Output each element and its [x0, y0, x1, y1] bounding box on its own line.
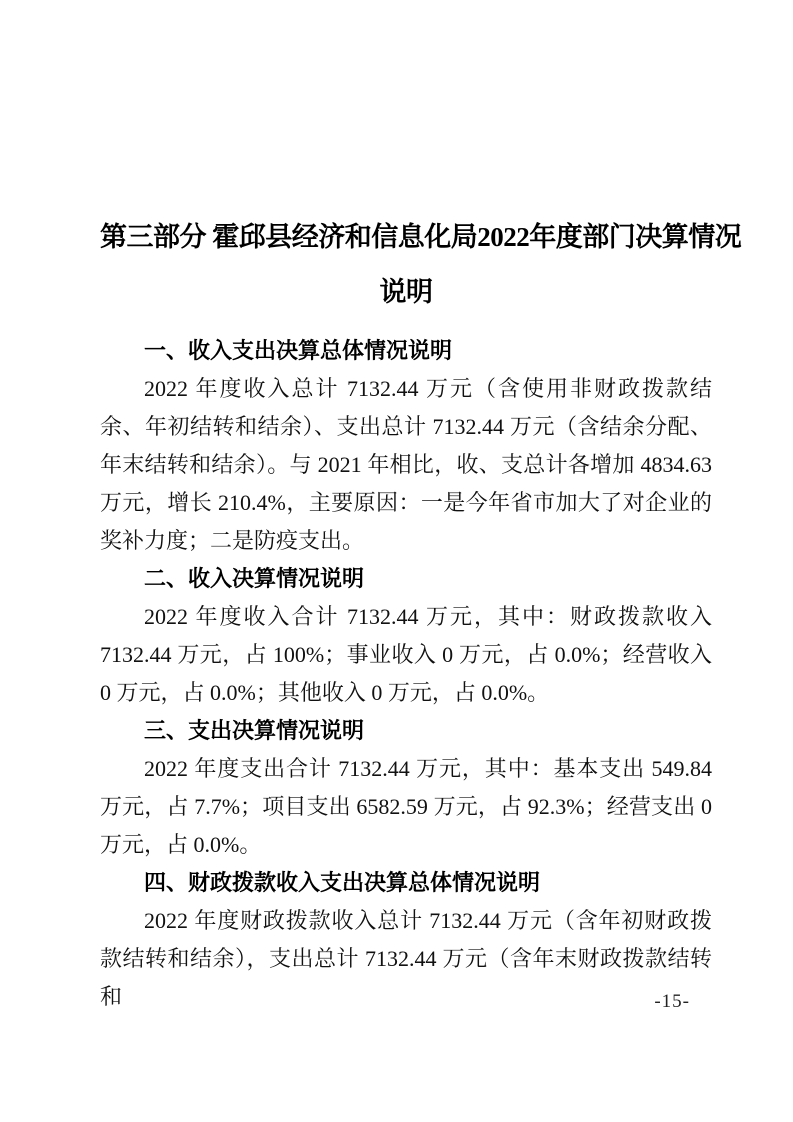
page-number: -15-	[654, 991, 690, 1013]
section-3-paragraph: 2022 年度支出合计 7132.44 万元，其中：基本支出 549.84 万元…	[100, 750, 712, 864]
section-3-heading: 三、支出决算情况说明	[100, 712, 712, 750]
section-1-paragraph: 2022 年度收入总计 7132.44 万元（含使用非财政拨款结余、年初结转和结…	[100, 370, 712, 560]
section-2-paragraph: 2022 年度收入合计 7132.44 万元，其中：财政拨款收入 7132.44…	[100, 598, 712, 712]
document-page: 第三部分 霍邱县经济和信息化局2022年度部门决算情况 说明 一、收入支出决算总…	[0, 0, 793, 1122]
section-4-paragraph: 2022 年度财政拨款收入总计 7132.44 万元（含年初财政拨款结转和结余）…	[100, 902, 712, 1016]
section-4-heading: 四、财政拨款收入支出决算总体情况说明	[100, 864, 712, 902]
document-title-line-2: 说明	[100, 265, 712, 320]
document-body: 一、收入支出决算总体情况说明 2022 年度收入总计 7132.44 万元（含使…	[100, 332, 712, 1016]
section-1-heading: 一、收入支出决算总体情况说明	[100, 332, 712, 370]
section-2-heading: 二、收入决算情况说明	[100, 560, 712, 598]
document-title: 第三部分 霍邱县经济和信息化局2022年度部门决算情况 说明	[100, 210, 712, 320]
document-title-line-1: 第三部分 霍邱县经济和信息化局2022年度部门决算情况	[100, 210, 712, 265]
document-content: 第三部分 霍邱县经济和信息化局2022年度部门决算情况 说明 一、收入支出决算总…	[100, 210, 712, 1016]
